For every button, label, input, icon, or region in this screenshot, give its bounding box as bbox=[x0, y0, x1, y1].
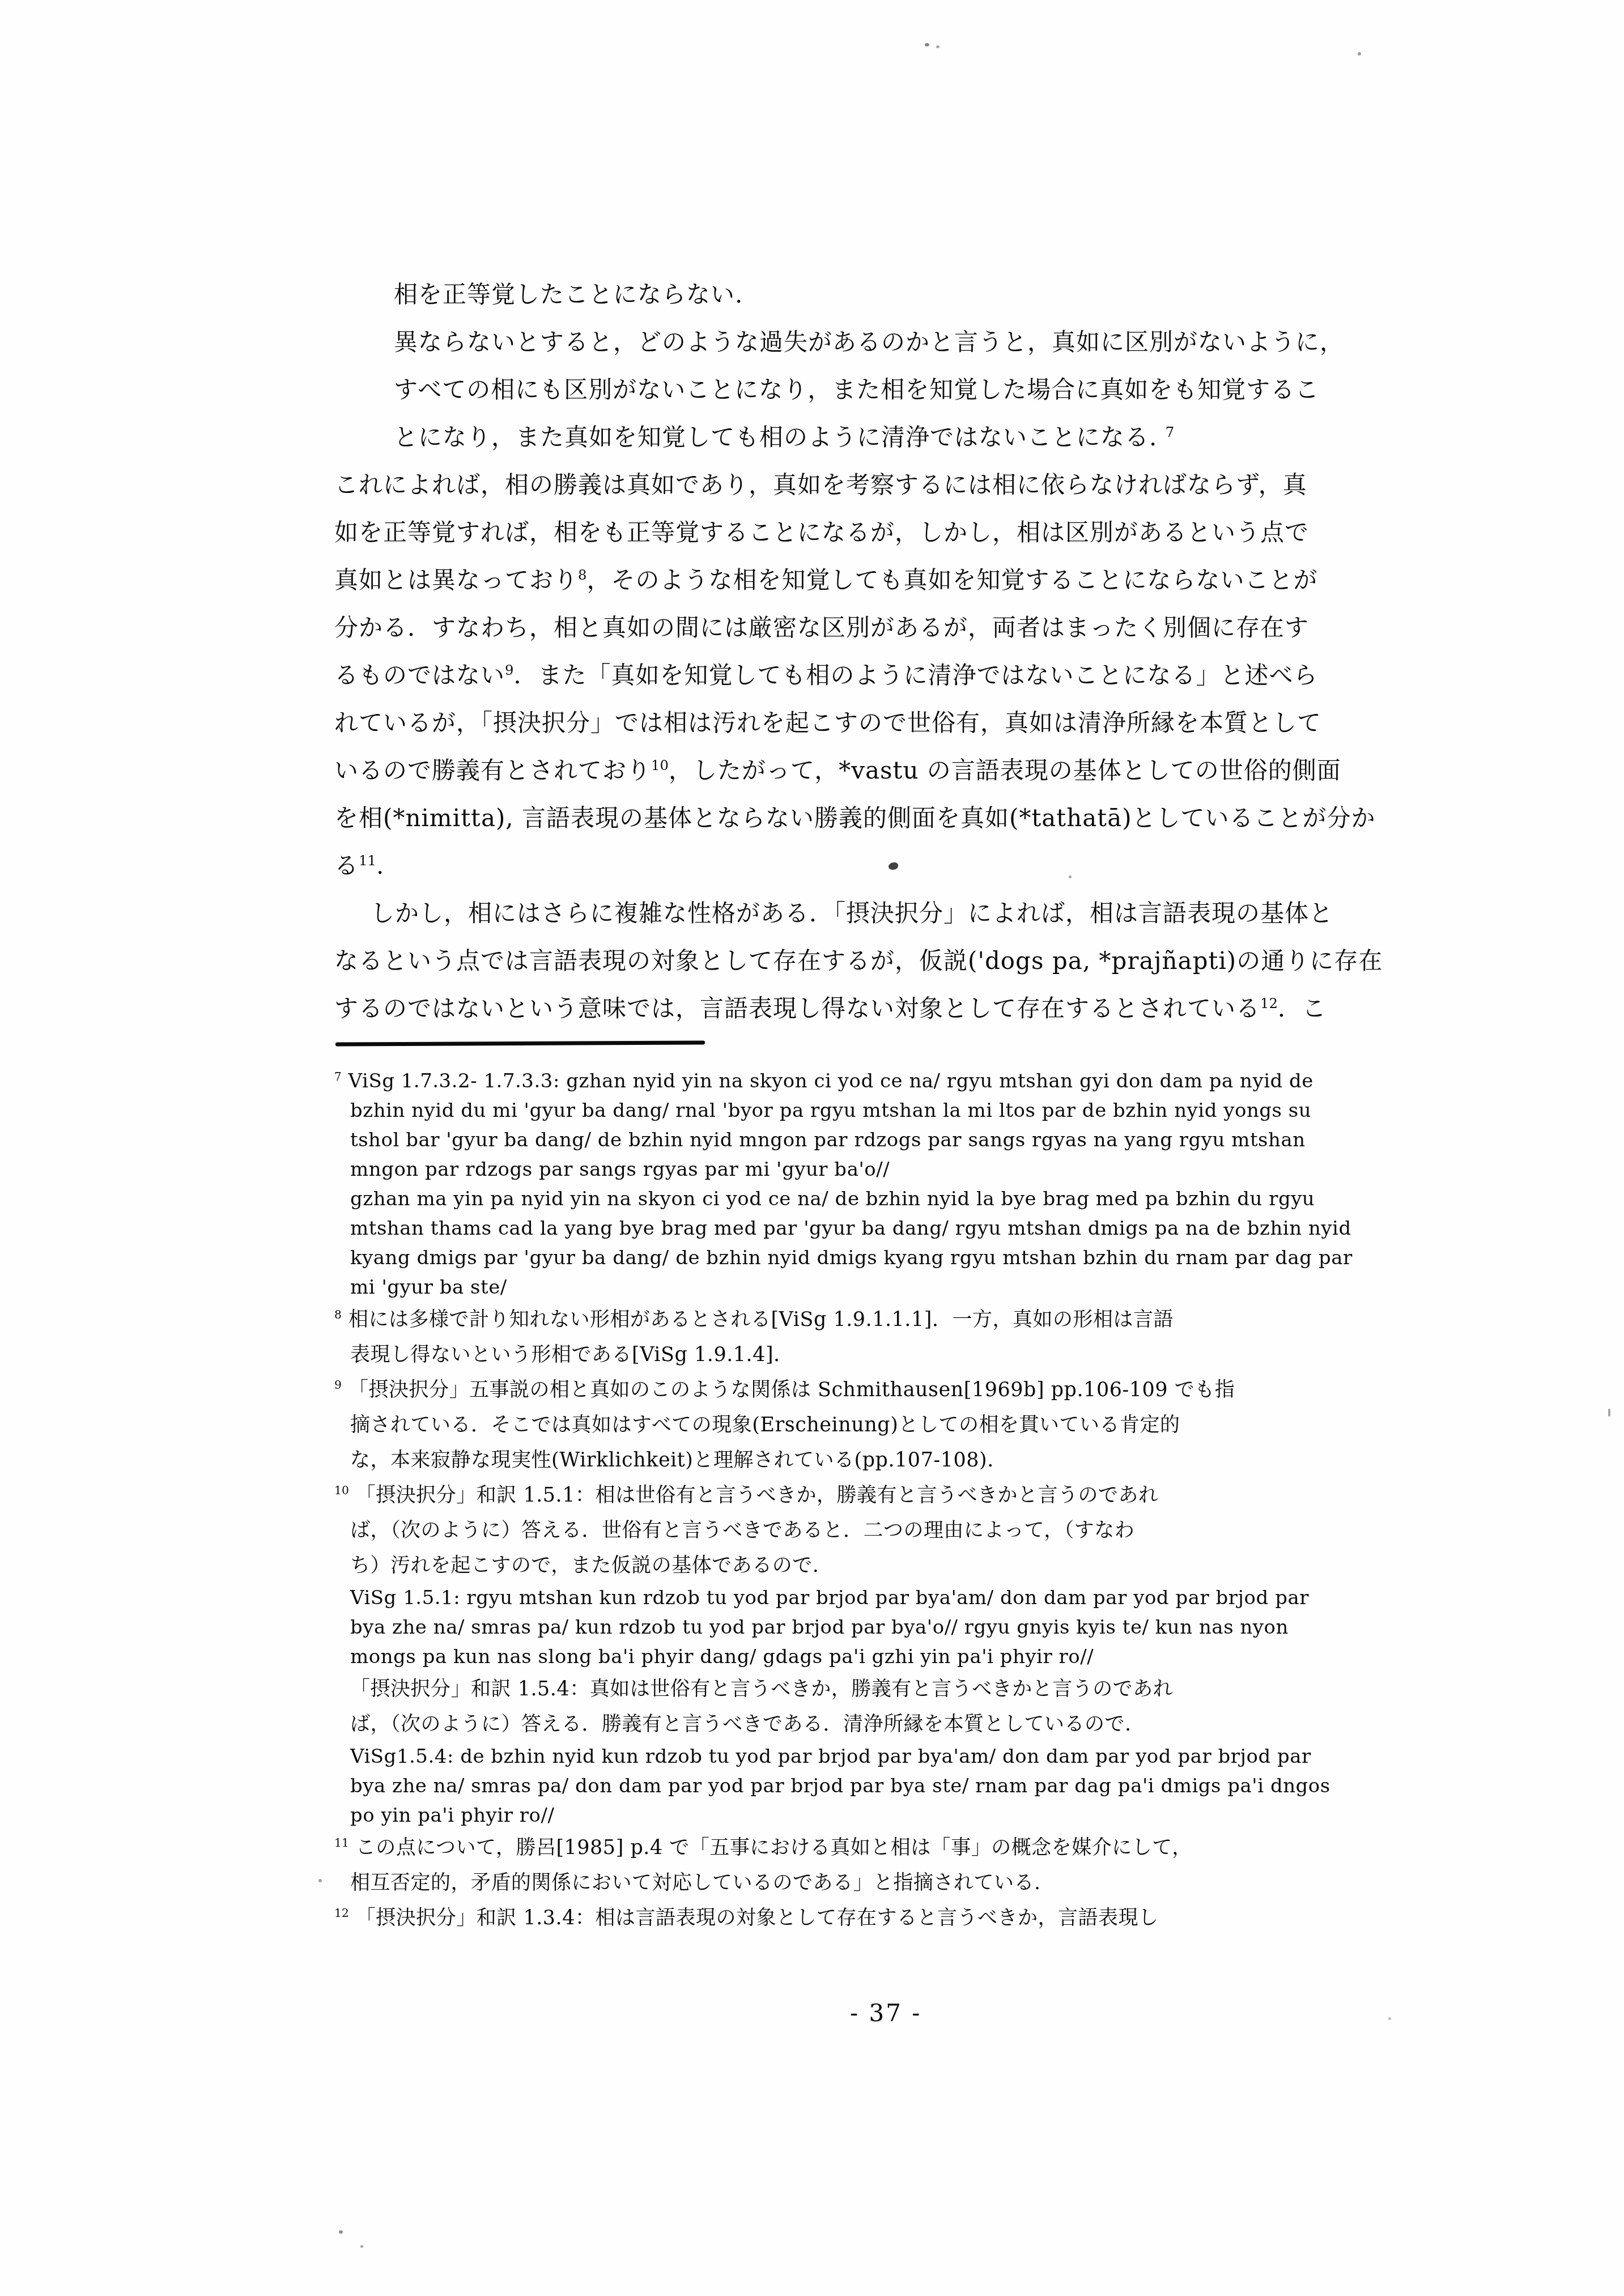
footnote-line: bya zhe na/ smras pa/ don dam par yod pa… bbox=[350, 1771, 1468, 1801]
body-line: とになり，また真如を知覚しても相のように清浄ではないことになる. 7 bbox=[394, 414, 1456, 461]
body-line: 真如とは異なっており8，そのような相を知覚しても真如を知覚することにならないこと… bbox=[334, 556, 1456, 604]
footnote-number: 7 bbox=[334, 1070, 342, 1083]
footnote-line: mongs pa kun nas slong ba'i phyir dang/ … bbox=[350, 1642, 1468, 1672]
body-line: れているが，「摂決択分」では相は汚れを起こすので世俗有，真如は清浄所縁を本質とし… bbox=[334, 699, 1456, 747]
footnotes: 7ViSg 1.7.3.2- 1.7.3.3: gzhan nyid yin n… bbox=[334, 1066, 1468, 1936]
body-line: いるので勝義有とされており10，したがって，*vastu の言語表現の基体として… bbox=[334, 747, 1456, 794]
footnote-line: ViSg1.5.4: de bzhin nyid kun rdzob tu yo… bbox=[350, 1742, 1468, 1771]
body-line: するのではないという意味では，言語表現し得ない対象として存在するとされている12… bbox=[334, 985, 1456, 1032]
footnote-separator bbox=[335, 1041, 705, 1047]
scan-speck bbox=[318, 1879, 322, 1882]
footnote-line: 11この点について，勝呂[1985] p.4 で「五事における真如と相は「事」の… bbox=[334, 1830, 1468, 1865]
body-line: 如を正等覚すれば，相をも正等覚することになるが，しかし，相は区別があるという点で bbox=[334, 509, 1456, 556]
footnote-ref: 10 bbox=[651, 757, 669, 773]
footnote-line: 摘されている．そこでは真如はすべての現象(Erscheinung)としての相を貫… bbox=[350, 1408, 1468, 1443]
body-line: 異ならないとすると，どのような過失があるのかと言うと，真如に区別がないように， bbox=[394, 318, 1456, 366]
footnote-number: 11 bbox=[334, 1836, 349, 1849]
footnote-line: 相互否定的，矛盾的関係において対応しているのである」と指摘されている. bbox=[350, 1865, 1468, 1900]
body-line: なるという点では言語表現の対象として存在するが，仮説('dogs pa, *pr… bbox=[334, 937, 1456, 985]
body-line: 分かる．すなわち，相と真如の間には厳密な区別があるが，両者はまったく別個に存在す bbox=[334, 604, 1456, 652]
footnote-line: bya zhe na/ smras pa/ kun rdzob tu yod p… bbox=[350, 1613, 1468, 1642]
footnote-number: 8 bbox=[334, 1308, 342, 1321]
footnote-line: po yin pa'i phyir ro// bbox=[350, 1801, 1468, 1830]
footnote-line: mngon par rdzogs par sangs rgyas par mi … bbox=[350, 1155, 1468, 1184]
page-number: - 37 - bbox=[850, 1999, 922, 2027]
footnote-line: mi 'gyur ba ste/ bbox=[350, 1273, 1468, 1302]
body-line: 相を正等覚したことにならない. bbox=[394, 271, 1456, 318]
footnote-line: tshol bar 'gyur ba dang/ de bzhin nyid m… bbox=[350, 1125, 1468, 1155]
footnote-line: ち）汚れを起こすので，また仮説の基体であるので. bbox=[350, 1548, 1468, 1583]
footnote-number: 10 bbox=[334, 1483, 349, 1497]
footnote-line: 7ViSg 1.7.3.2- 1.7.3.3: gzhan nyid yin n… bbox=[334, 1066, 1468, 1096]
body-line: これによれば，相の勝義は真如であり，真如を考察するには相に依らなければならず，真 bbox=[334, 461, 1456, 509]
footnote-line: 表現し得ないという形相である[ViSg 1.9.1.4]. bbox=[350, 1337, 1468, 1372]
body-line: すべての相にも区別がないことになり，また相を知覚した場合に真如をも知覚するこ bbox=[394, 366, 1456, 414]
scan-speck bbox=[1069, 875, 1072, 878]
body-line: を相(*nimitta), 言語表現の基体とならない勝義的側面を真如(*tath… bbox=[334, 794, 1456, 842]
footnote-ref: 11 bbox=[359, 852, 376, 869]
footnote-line: ば，（次のように）答える．勝義有と言うべきである．清浄所縁を本質としているので. bbox=[350, 1707, 1468, 1742]
footnote-number: 9 bbox=[334, 1378, 342, 1392]
scan-speck bbox=[1608, 1409, 1610, 1417]
footnote-line: bzhin nyid du mi 'gyur ba dang/ rnal 'by… bbox=[350, 1096, 1468, 1125]
body-line: るものではない9．また「真如を知覚しても相のように清浄ではないことになる」と述べ… bbox=[334, 652, 1456, 699]
scan-speck bbox=[1388, 2017, 1391, 2020]
footnote-ref: 8 bbox=[578, 567, 587, 583]
footnote-line: 9「摂決択分」五事説の相と真如のこのような関係は Schmithausen[19… bbox=[334, 1372, 1468, 1408]
scan-speck bbox=[339, 2230, 343, 2234]
footnote-line: 12「摂決択分」和訳 1.3.4：相は言語表現の対象として存在すると言うべきか，… bbox=[334, 1900, 1468, 1936]
footnote-line: mtshan thams cad la yang bye brag med pa… bbox=[350, 1214, 1468, 1243]
scanned-paper-page: 相を正等覚したことにならない.異ならないとすると，どのような過失があるのかと言う… bbox=[0, 0, 1624, 2296]
scan-speck bbox=[925, 43, 929, 46]
body-text: 相を正等覚したことにならない.異ならないとすると，どのような過失があるのかと言う… bbox=[334, 271, 1456, 1032]
footnote-line: gzhan ma yin pa nyid yin na skyon ci yod… bbox=[350, 1184, 1468, 1214]
body-line: しかし，相にはさらに複雑な性格がある．「摂決択分」によれば，相は言語表現の基体と bbox=[371, 890, 1456, 937]
footnote-line: kyang dmigs par 'gyur ba dang/ de bzhin … bbox=[350, 1243, 1468, 1273]
footnote-line: 10「摂決択分」和訳 1.5.1：相は世俗有と言うべきか，勝義有と言うべきかと言… bbox=[334, 1478, 1468, 1513]
scan-speck bbox=[360, 2245, 363, 2248]
footnote-line: な，本来寂静な現実性(Wirklichkeit)と理解されている(pp.107-… bbox=[350, 1443, 1468, 1478]
footnote-number: 12 bbox=[334, 1906, 349, 1920]
scan-speck bbox=[1358, 52, 1361, 56]
scan-speck bbox=[936, 45, 939, 48]
footnote-ref: 7 bbox=[1166, 424, 1175, 440]
footnote-line: ViSg 1.5.1: rgyu mtshan kun rdzob tu yod… bbox=[350, 1583, 1468, 1613]
footnote-line: 8相には多様で計り知れない形相があるとされる[ViSg 1.9.1.1.1]．一… bbox=[334, 1302, 1468, 1337]
footnote-ref: 9 bbox=[505, 662, 514, 678]
footnote-line: ば，（次のように）答える．世俗有と言うべきであると．二つの理由によって，（すなわ bbox=[350, 1513, 1468, 1548]
footnote-line: 「摂決択分」和訳 1.5.4：真如は世俗有と言うべきか，勝義有と言うべきかと言う… bbox=[350, 1672, 1468, 1707]
footnote-ref: 12 bbox=[1260, 995, 1278, 1011]
